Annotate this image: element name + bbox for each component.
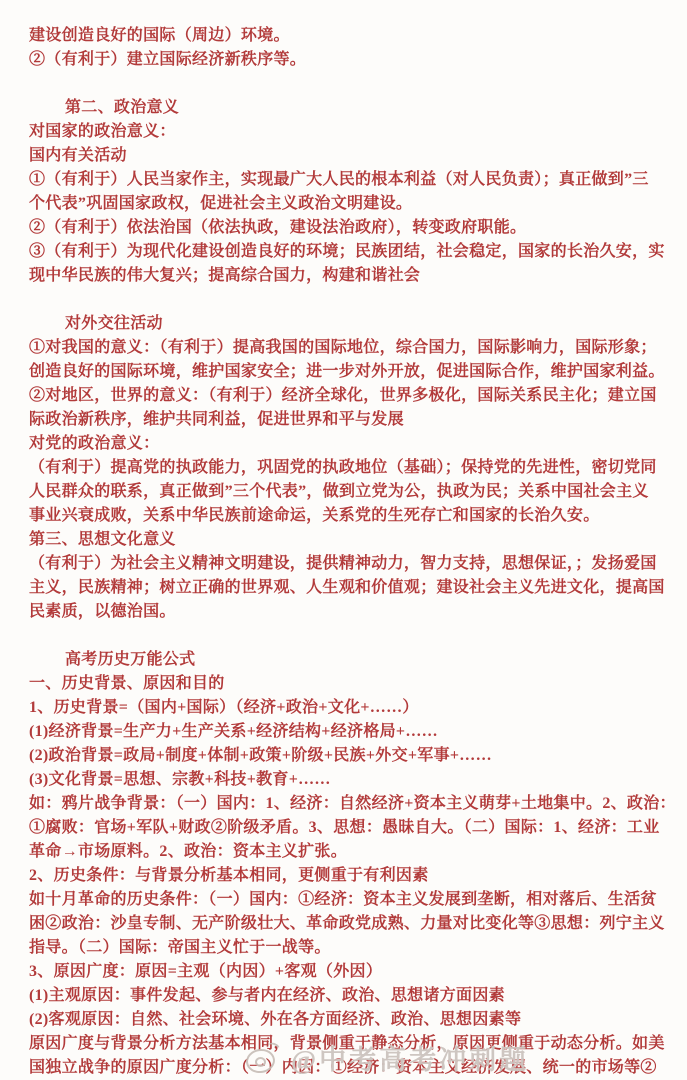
text-line: ②（有利于）依法治国（依法执政，建设法治政府），转变政府职能。 xyxy=(29,216,681,240)
text-line: (2)客观原因：自然、社会环境、外在各方面经济、政治、思想因素等 xyxy=(29,1008,681,1032)
text-line: ①（有利于）人民当家作主，实现最广大人民的根本利益（对人民负责）；真正做到”三 xyxy=(29,168,681,192)
text-line: ③（有利于）为现代化建设创造良好的环境；民族团结，社会稳定，国家的长治久安，实 xyxy=(29,240,681,264)
text-line: 高考历史万能公式 xyxy=(29,648,681,672)
text-line: (3)文化背景=思想、宗教+科技+教育+…… xyxy=(29,768,681,792)
text-line: 创造良好的国际环境，维护国家安全；进一步对外开放，促进国际合作，维护国家利益。 xyxy=(29,360,681,384)
text-line: 1、历史背景=（国内+国际）（经济+政治+文化+……） xyxy=(29,696,681,720)
text-line: 建设创造良好的国际（周边）环境。 xyxy=(29,24,681,48)
text-line: 人民群众的联系，真正做到”三个代表”，做到立党为公，执政为民；关系中国社会主义 xyxy=(29,480,681,504)
text-line: (1)经济背景=生产力+生产关系+经济结构+经济格局+…… xyxy=(29,720,681,744)
section-political-significance: 第二、政治意义对国家的政治意义：国内有关活动①（有利于）人民当家作主，实现最广大… xyxy=(29,96,681,288)
section-intro-economic-significance: 建设创造良好的国际（周边）环境。②（有利于）建立国际经济新秩序等。 xyxy=(29,24,681,72)
text-line: 一、历史背景、原因和目的 xyxy=(29,672,681,696)
text-line: 际政治新秩序，维护共同利益，促进世界和平与发展 xyxy=(29,408,681,432)
text-line: 主义，民族精神；树立正确的世界观、人生观和价值观；建设社会主义先进文化，提高国 xyxy=(29,576,681,600)
text-line: （有利于）为社会主义精神文明建设，提供精神动力，智力支持，思想保证，；发扬爱国 xyxy=(29,552,681,576)
text-line: （有利于）提高党的执政能力，巩固党的执政地位（基础）；保持党的先进性，密切党同 xyxy=(29,456,681,480)
text-line: 革命→市场原料。2、政治：资本主义扩张。 xyxy=(29,840,681,864)
text-line: 困②政治：沙皇专制、无产阶级壮大、革命政党成熟、力量对比变化等③思想：列宁主义 xyxy=(29,912,681,936)
text-line: 3、原因广度：原因=主观（内因）+客观（外因） xyxy=(29,960,681,984)
text-line: 指导。（二）国际：帝国主义忙于一战等。 xyxy=(29,936,681,960)
text-line: 个代表”巩固国家政权，促进社会主义政治文明建设。 xyxy=(29,192,681,216)
text-line: 2、历史条件：与背景分析基本相同，更侧重于有利因素 xyxy=(29,864,681,888)
section-foreign-affairs-and-culture: 对外交往活动①对我国的意义：（有利于）提高我国的国际地位，综合国力，国际影响力，… xyxy=(29,312,681,624)
text-line: 民素质，以德治国。 xyxy=(29,600,681,624)
text-line: 现中华民族的伟大复兴；提高综合国力，构建和谐社会 xyxy=(29,264,681,288)
text-line: 如十月革命的历史条件：（一）国内：①经济：资本主义发展到垄断，相对落后、生活贫 xyxy=(29,888,681,912)
text-line: ①腐败：官场+军队+财政②阶级矛盾。3、思想：愚昧自大。（二）国际：1、经济：工… xyxy=(29,816,681,840)
text-line: 对党的政治意义： xyxy=(29,432,681,456)
text-line: 第二、政治意义 xyxy=(29,96,681,120)
text-line: 国内有关活动 xyxy=(29,144,681,168)
text-line: ②对地区，世界的意义：（有利于）经济全球化，世界多极化，国际关系民主化；建立国 xyxy=(29,384,681,408)
text-line: (1)主观原因：事件发起、参与者内在经济、政治、思想诸方面因素 xyxy=(29,984,681,1008)
text-line: 对外交往活动 xyxy=(29,312,681,336)
text-line: ②（有利于）建立国际经济新秩序等。 xyxy=(29,48,681,72)
document-body: 建设创造良好的国际（周边）环境。②（有利于）建立国际经济新秩序等。第二、政治意义… xyxy=(0,0,687,1080)
text-line: 如：鸦片战争背景：（一）国内：1、经济：自然经济+资本主义萌芽+土地集中。2、政… xyxy=(29,792,681,816)
text-line: 对国家的政治意义： xyxy=(29,120,681,144)
notes-page: 建设创造良好的国际（周边）环境。②（有利于）建立国际经济新秩序等。第二、政治意义… xyxy=(0,0,687,1080)
text-line: 第三、思想文化意义 xyxy=(29,528,681,552)
text-line: 国独立战争的原因广度分析：（一）内因：①经济：资本主义经济发展、统一的市场等② xyxy=(29,1056,681,1080)
text-line: 原因广度与背景分析方法基本相同，背景侧重于静态分析，原因更侧重于动态分析。如美 xyxy=(29,1032,681,1056)
section-history-universal-formula: 高考历史万能公式一、历史背景、原因和目的1、历史背景=（国内+国际）（经济+政治… xyxy=(29,648,681,1080)
text-line: ①对我国的意义：（有利于）提高我国的国际地位，综合国力，国际影响力，国际形象； xyxy=(29,336,681,360)
text-line: 事业兴衰成败，关系中华民族前途命运，关系党的生死存亡和国家的长治久安。 xyxy=(29,504,681,528)
text-line: (2)政治背景=政局+制度+体制+政策+阶级+民族+外交+军事+…… xyxy=(29,744,681,768)
